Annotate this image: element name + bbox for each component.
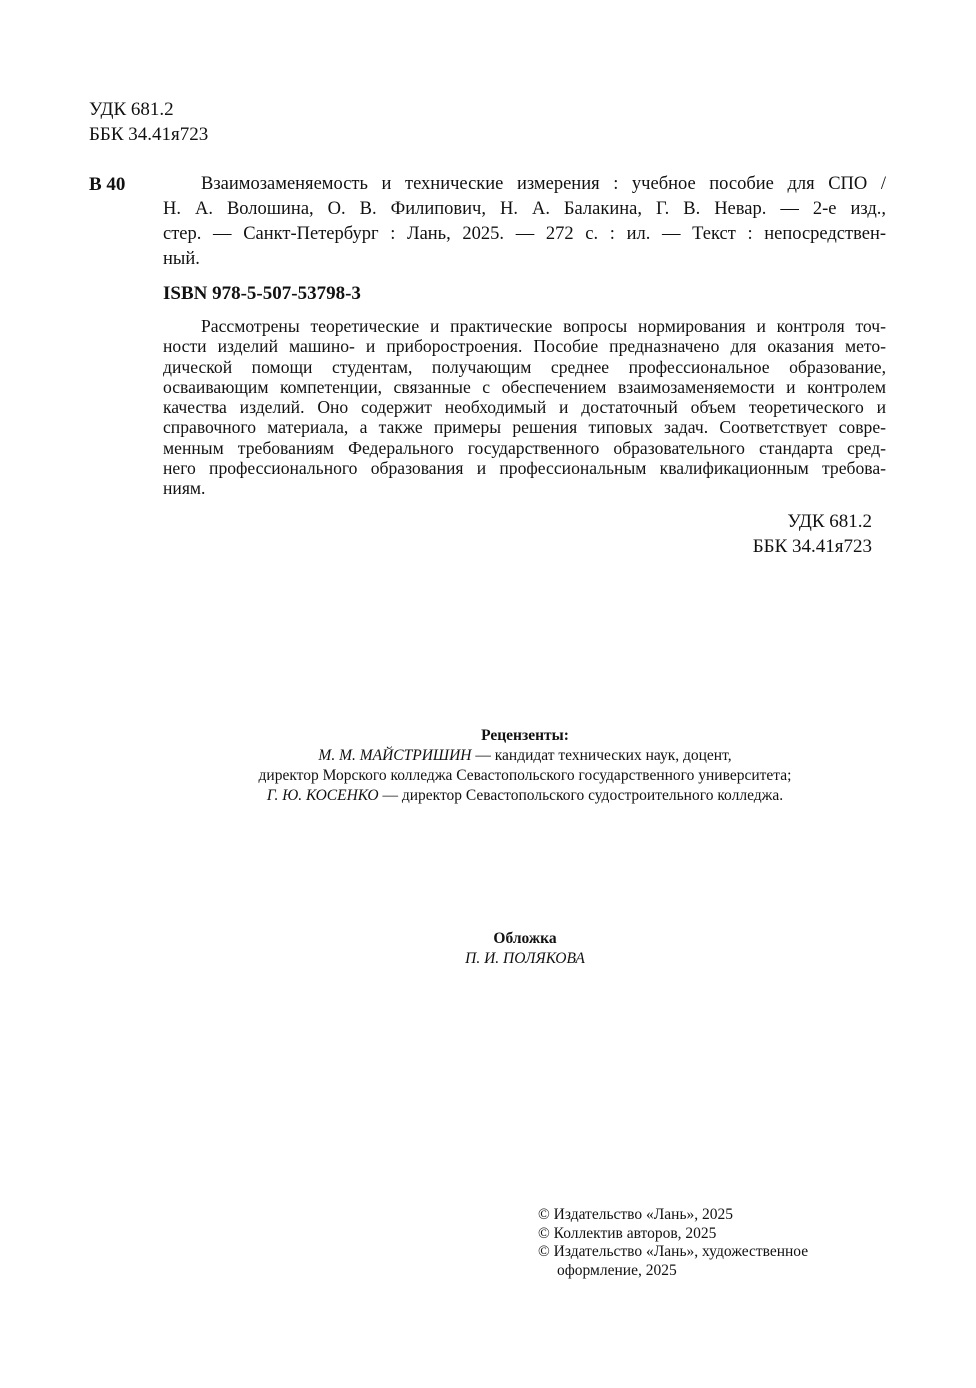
biblio-line: стер. — Санкт-Петербург : Лань, 2025. — … (163, 222, 886, 247)
bbk-code: ББК 34.41я723 (753, 534, 872, 559)
classification-bottom: УДК 681.2 ББК 34.41я723 (753, 509, 872, 559)
reviewers-heading: Рецензенты: (0, 726, 976, 746)
biblio-line: Н. А. Волошина, О. В. Филипович, Н. А. Б… (163, 197, 886, 222)
classification-top: УДК 681.2 ББК 34.41я723 (89, 97, 208, 147)
udk-code: УДК 681.2 (89, 97, 208, 122)
reviewer-2-name: Г. Ю. КОСЕНКО (267, 787, 379, 804)
cover-designer: П. И. ПОЛЯКОВА (0, 949, 976, 969)
abstract-line: ности изделий машино- и приборостроения.… (163, 336, 886, 356)
abstract-line: дической помощи студентам, получающим ср… (163, 357, 886, 377)
cover-section: Обложка П. И. ПОЛЯКОВА (0, 929, 976, 969)
biblio-line: Взаимозаменяемость и технические измерен… (163, 172, 886, 197)
reviewer-1-desc-2: директор Морского колледжа Севастопольск… (0, 766, 976, 786)
abstract-line: ниям. (163, 478, 886, 498)
copyright-line: © Издательство «Лань», 2025 (538, 1206, 808, 1225)
abstract-line: качества изделий. Оно содержит необходим… (163, 397, 886, 417)
copyright-line: © Коллектив авторов, 2025 (538, 1225, 808, 1244)
bibliographic-record: Взаимозаменяемость и технические измерен… (163, 172, 886, 272)
abstract: Рассмотрены теоретические и практические… (163, 316, 886, 499)
copyright-block: © Издательство «Лань», 2025 © Коллектив … (538, 1206, 808, 1280)
bbk-code: ББК 34.41я723 (89, 122, 208, 147)
abstract-line: него профессионального образования и про… (163, 458, 886, 478)
abstract-line: менным требованиям Федерального государс… (163, 438, 886, 458)
reviewer-1-desc: — кандидат технических наук, доцент, (471, 747, 731, 764)
udk-code: УДК 681.2 (753, 509, 872, 534)
abstract-line: справочного материала, а также примеры р… (163, 417, 886, 437)
reviewer-1-name: М. М. МАЙСТРИШИН (318, 747, 471, 764)
copyright-line: оформление, 2025 (538, 1262, 808, 1281)
isbn: ISBN 978-5-507-53798-3 (163, 281, 361, 306)
reviewer-2: Г. Ю. КОСЕНКО — директор Севастопольског… (0, 786, 976, 806)
cover-heading: Обложка (0, 929, 976, 949)
biblio-line: ный. (163, 247, 886, 272)
reviewers-section: Рецензенты: М. М. МАЙСТРИШИН — кандидат … (0, 726, 976, 806)
reviewer-1: М. М. МАЙСТРИШИН — кандидат технических … (0, 746, 976, 766)
abstract-line: осваивающим компетенции, связанные с обе… (163, 377, 886, 397)
author-mark: В 40 (89, 172, 125, 197)
abstract-line: Рассмотрены теоретические и практические… (163, 316, 886, 336)
reviewer-2-desc: — директор Севастопольского судостроител… (379, 787, 784, 804)
copyright-line: © Издательство «Лань», художественное (538, 1243, 808, 1262)
